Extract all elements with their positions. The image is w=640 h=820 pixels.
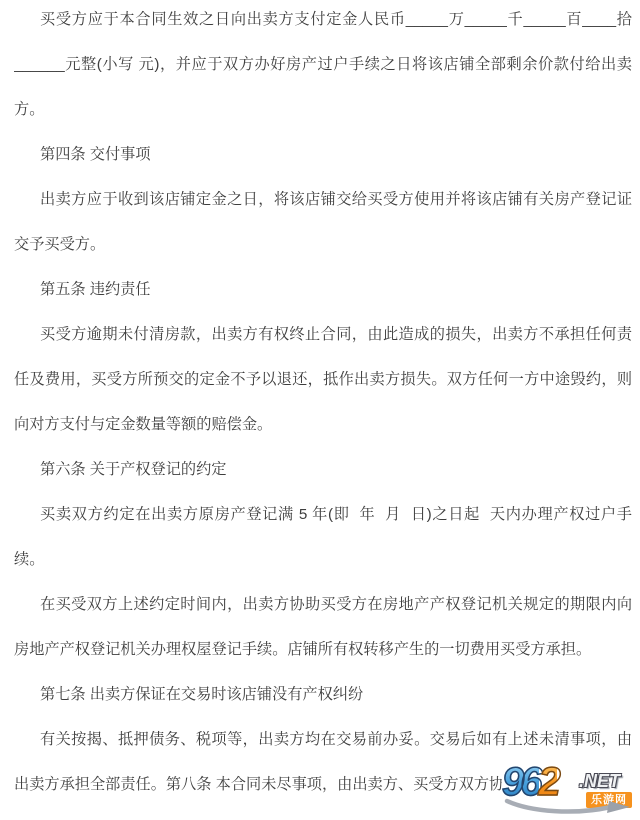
paragraph-line: 在买受双方上述约定时间内，出卖方协助买受方在房地产产权登记机关规定的期限内向	[14, 582, 632, 627]
contract-body: 买受方应于本合同生效之日向出卖方支付定金人民币_____万_____千_____…	[0, 0, 640, 807]
clause-heading: 第四条 交付事项	[14, 132, 632, 177]
contract-page: 买受方应于本合同生效之日向出卖方支付定金人民币_____万_____千_____…	[0, 0, 640, 820]
clause-heading: 第七条 出卖方保证在交易时该店铺没有产权纠纷	[14, 672, 632, 717]
paragraph-line: 续。	[14, 537, 632, 582]
paragraph-line: 买受方逾期未付清房款，出卖方有权终止合同，由此造成的损失，出卖方不承担任何责	[14, 312, 632, 357]
clause-heading: 第六条 关于产权登记的约定	[14, 447, 632, 492]
paragraph-line: 向对方支付与定金数量等额的赔偿金。	[14, 402, 632, 447]
paragraph-line: 方。	[14, 87, 632, 132]
paragraph-line: ______元整(小写 元)，并应于双方办好房产过户手续之日将该店铺全部剩余价款…	[14, 42, 632, 87]
watermark-swoosh-icon	[503, 798, 635, 817]
paragraph-line: 买卖双方约定在出卖方原房产登记满 5 年(即 年 月 日)之日起 天内办理产权过…	[14, 492, 632, 537]
paragraph-line: 买受方应于本合同生效之日向出卖方支付定金人民币_____万_____千_____…	[14, 0, 632, 42]
paragraph-line: 房地产产权登记机关办理权屋登记手续。店铺所有权转移产生的一切费用买受方承担。	[14, 627, 632, 672]
watermark-logo: 962 .NET 乐游网	[502, 768, 640, 818]
paragraph-line: 出卖方应于收到该店铺定金之日，将该店铺交给买受方使用并将该店铺有关房产登记证	[14, 177, 632, 222]
paragraph-line: 交予买受方。	[14, 222, 632, 267]
watermark-net-text: .NET	[579, 772, 620, 790]
paragraph-line: 任及费用，买受方所预交的定金不予以退还，抵作出卖方损失。双方任何一方中途毁约，则	[14, 357, 632, 402]
clause-heading: 第五条 违约责任	[14, 267, 632, 312]
paragraph-line: 有关按揭、抵押债务、税项等，出卖方均在交易前办妥。交易后如有上述未清事项，由	[14, 717, 632, 762]
